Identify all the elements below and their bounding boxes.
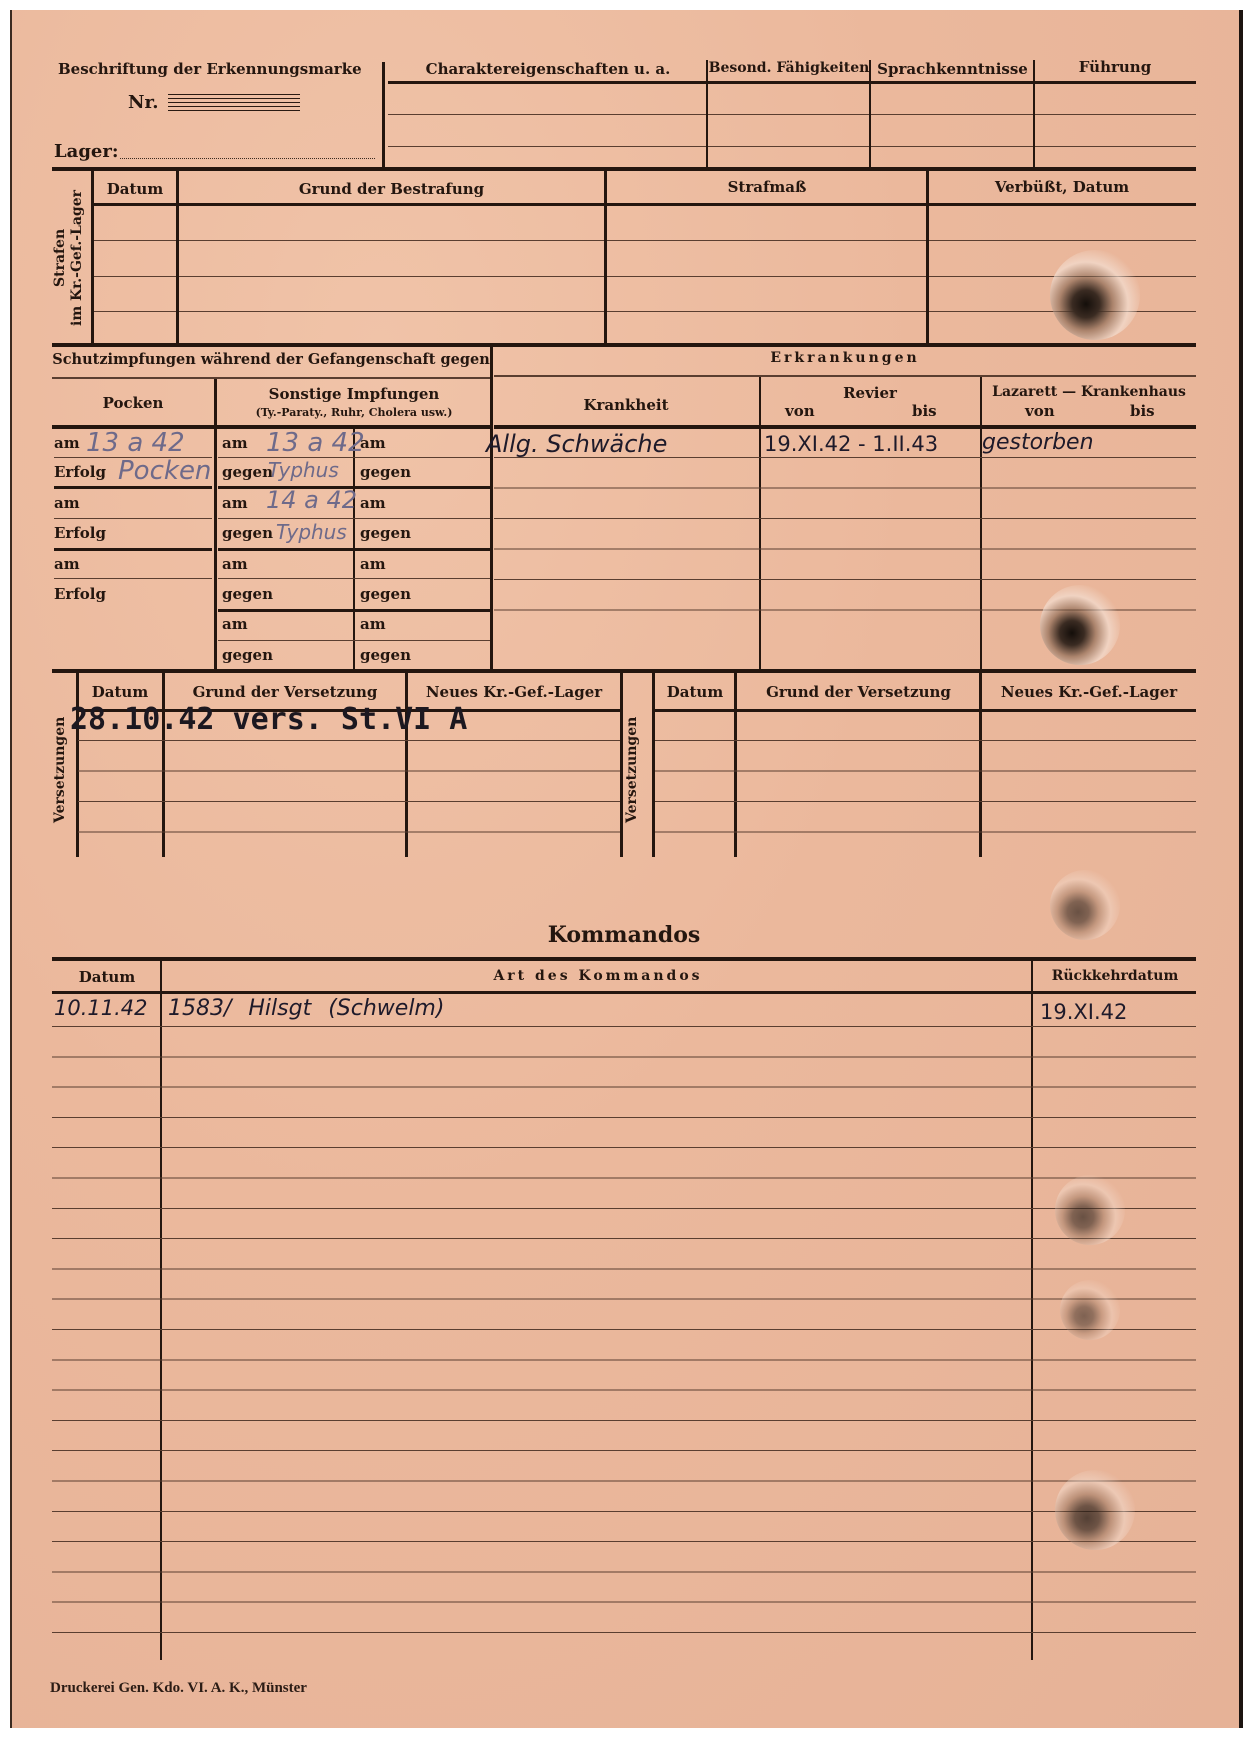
rule bbox=[94, 240, 1196, 241]
ruled-lines bbox=[52, 1026, 1196, 1661]
divider bbox=[214, 379, 217, 670]
lazarett-value: gestorben bbox=[982, 430, 1094, 455]
rule bbox=[218, 518, 490, 519]
kommandos-col-datum: Datum bbox=[52, 968, 162, 986]
ruled-lines bbox=[78, 740, 620, 835]
sonstige-b-am-3: am bbox=[360, 555, 386, 573]
sonstige-gegen-2-value: Typhus bbox=[276, 520, 347, 544]
lager-field[interactable] bbox=[120, 158, 375, 159]
rule bbox=[54, 518, 212, 519]
ruled-lines bbox=[655, 740, 1196, 835]
punch-hole bbox=[1055, 1175, 1125, 1245]
pocken-erfolg-1-value: Pocken bbox=[118, 456, 211, 486]
revier-von: von bbox=[785, 402, 815, 420]
rule bbox=[52, 167, 1196, 171]
lager-label: Lager: bbox=[54, 141, 119, 162]
divider bbox=[706, 60, 708, 168]
rule bbox=[94, 276, 1196, 277]
rule bbox=[218, 609, 490, 612]
col-charaktereigenschaften: Charaktereigenschaften u. a. bbox=[390, 60, 706, 78]
rule bbox=[52, 377, 492, 379]
krankheit-header: Krankheit bbox=[494, 396, 758, 414]
rule bbox=[94, 203, 1196, 206]
punch-hole bbox=[1055, 1470, 1135, 1550]
versetzungen-right-col-lager: Neues Kr.-Gef.-Lager bbox=[982, 683, 1196, 701]
rule bbox=[218, 548, 490, 551]
pocken-am-1: am bbox=[54, 434, 80, 452]
kommando-rueckkehr-value: 19.XI.42 bbox=[1040, 1000, 1127, 1024]
divider bbox=[869, 60, 871, 168]
sonstige-b-gegen-4: gegen bbox=[360, 646, 411, 664]
sonstige-b-gegen-1: gegen bbox=[360, 463, 411, 481]
versetzungen-left-col-grund: Grund der Versetzung bbox=[164, 683, 406, 701]
col-fuehrung: Führung bbox=[1035, 58, 1195, 76]
divider bbox=[926, 170, 929, 343]
nr-redacted-lines bbox=[168, 94, 300, 112]
sonstige-header: Sonstige Impfungen bbox=[216, 385, 492, 403]
rule bbox=[494, 425, 1196, 429]
strafen-col-verbuesst: Verbüßt, Datum bbox=[929, 178, 1195, 196]
rule bbox=[54, 578, 212, 579]
schutzimpfungen-title: Schutzimpfungen während der Gefangenscha… bbox=[52, 351, 490, 368]
sonstige-gegen-2: gegen bbox=[222, 524, 273, 542]
pocken-am-2: am bbox=[54, 494, 80, 512]
strafen-side-label: Strafen im Kr.-Gef.-Lager bbox=[52, 176, 88, 340]
revier-bis: bis bbox=[912, 402, 937, 420]
sonstige-am-2-value: 14 a 42 bbox=[266, 486, 357, 514]
nr-label: Nr. bbox=[128, 92, 159, 113]
punch-hole bbox=[1040, 585, 1120, 665]
rule bbox=[54, 486, 212, 489]
erkrankungen-title: Erkrankungen bbox=[494, 350, 1196, 366]
sonstige-gegen-1: gegen bbox=[222, 463, 273, 481]
revier-header: Revier bbox=[760, 384, 980, 402]
sonstige-b-am-1: am bbox=[360, 434, 386, 452]
lazarett-bis: bis bbox=[1130, 402, 1155, 420]
divider bbox=[620, 673, 623, 857]
lazarett-von: von bbox=[1025, 402, 1055, 420]
divider bbox=[382, 62, 385, 170]
kommandos-col-rueckkehr: Rückkehrdatum bbox=[1034, 968, 1196, 984]
lazarett-header: Lazarett — Krankenhaus bbox=[982, 384, 1196, 400]
rule bbox=[52, 991, 1196, 994]
pocken-header: Pocken bbox=[52, 394, 214, 412]
rule bbox=[388, 114, 1196, 115]
rule bbox=[494, 375, 1196, 377]
rule bbox=[218, 640, 490, 641]
sonstige-b-gegen-3: gegen bbox=[360, 585, 411, 603]
revier-value: 19.XI.42 - 1.II.43 bbox=[764, 432, 938, 456]
sonstige-am-4: am bbox=[222, 615, 248, 633]
divider bbox=[604, 170, 607, 343]
pocken-erfolg-2: Erfolg bbox=[54, 524, 106, 542]
rule bbox=[52, 669, 1196, 673]
sonstige-b-am-2: am bbox=[360, 494, 386, 512]
pocken-am-1-value: 13 a 42 bbox=[86, 428, 185, 458]
rule bbox=[54, 548, 212, 551]
rule bbox=[218, 486, 490, 489]
punch-hole bbox=[1050, 870, 1120, 940]
rule bbox=[388, 81, 1196, 84]
versetzungen-side-label-right: Versetzungen bbox=[624, 690, 650, 850]
strafen-col-grund: Grund der Bestrafung bbox=[178, 180, 605, 198]
rule bbox=[218, 457, 490, 458]
kommando-art-value: 1583/ Hilsgt (Schwelm) bbox=[168, 996, 444, 1021]
sonstige-gegen-4: gegen bbox=[222, 646, 273, 664]
krankheit-value: Allg. Schwäche bbox=[486, 430, 667, 458]
erkennungsmarke-label: Beschriftung der Erkennungsmarke bbox=[58, 60, 358, 78]
rule bbox=[388, 146, 1196, 147]
versetzungen-right-col-grund: Grund der Versetzung bbox=[737, 683, 980, 701]
sonstige-b-am-4: am bbox=[360, 615, 386, 633]
sonstige-am-3: am bbox=[222, 555, 248, 573]
versetzungen-right-col-datum: Datum bbox=[655, 683, 735, 701]
divider bbox=[490, 346, 493, 670]
col-besond-faehigkeiten: Besond. Fähigkeiten bbox=[708, 60, 870, 76]
versetzung-stamp: 28.10.42 vers. St.VI A bbox=[70, 702, 467, 737]
kommandos-title: Kommandos bbox=[52, 922, 1196, 948]
rule bbox=[52, 343, 1196, 347]
sonstige-am-1: am bbox=[222, 434, 248, 452]
rule bbox=[52, 957, 1196, 961]
sonstige-gegen-1-value: Typhus bbox=[268, 458, 339, 482]
sonstige-gegen-3: gegen bbox=[222, 585, 273, 603]
versetzungen-left-col-lager: Neues Kr.-Gef.-Lager bbox=[408, 683, 620, 701]
sonstige-b-gegen-2: gegen bbox=[360, 524, 411, 542]
kommando-datum-value: 10.11.42 bbox=[54, 996, 148, 1020]
divider bbox=[1033, 60, 1035, 168]
sonstige-am-1-value: 13 a 42 bbox=[266, 428, 365, 458]
kommandos-col-art: Art des Kommandos bbox=[164, 968, 1032, 984]
punch-hole bbox=[1050, 250, 1140, 340]
rule bbox=[218, 578, 490, 579]
printer-imprint: Druckerei Gen. Kdo. VI. A. K., Münster bbox=[50, 1680, 307, 1697]
strafen-col-datum: Datum bbox=[94, 180, 176, 198]
pocken-erfolg-1: Erfolg bbox=[54, 463, 106, 481]
col-sprachkenntnisse: Sprachkenntnisse bbox=[870, 60, 1035, 78]
punch-hole bbox=[1060, 1280, 1120, 1340]
sonstige-subheader: (Ty.-Paraty., Ruhr, Cholera usw.) bbox=[216, 406, 492, 419]
pocken-am-3: am bbox=[54, 555, 80, 573]
strafen-col-strafmass: Strafmaß bbox=[607, 178, 927, 196]
rule bbox=[94, 311, 1196, 312]
pocken-erfolg-3: Erfolg bbox=[54, 585, 106, 603]
versetzungen-left-col-datum: Datum bbox=[78, 683, 162, 701]
divider bbox=[176, 170, 179, 343]
sonstige-am-2: am bbox=[222, 494, 248, 512]
